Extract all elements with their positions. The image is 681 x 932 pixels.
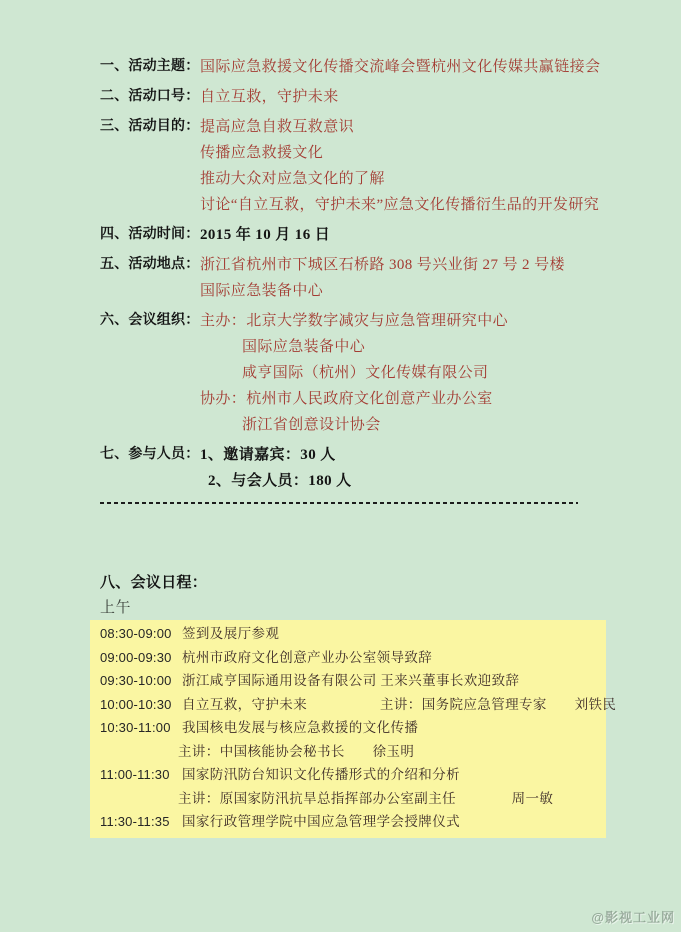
section-label: 二、活动口号： <box>100 84 200 110</box>
section-content: 国际应急救援文化传播交流峰会暨杭州文化传媒共赢链接会 <box>200 54 600 80</box>
location-line: 国际应急装备中心 <box>200 278 323 304</box>
section-label: 六、会议组织： <box>100 308 200 334</box>
activity-cell: 我国核电发展与核应急救援的文化传播 <box>182 716 418 740</box>
agenda-row: 11:00-11:30 国家防汛防台知识文化传播形式的介绍和分析 <box>90 763 606 787</box>
co-host-label: 协办： <box>200 386 246 412</box>
agenda-table: 08:30-09:00 签到及展厅参观 09:00-09:30 杭州市政府文化创… <box>90 620 606 838</box>
host-label: 主办： <box>200 308 246 334</box>
goal-line: 推动大众对应急文化的了解 <box>200 166 385 192</box>
speaker-cell: 主讲：国务院应急管理专家 刘铁民 <box>380 693 616 717</box>
section-label: 一、活动主题： <box>100 54 200 80</box>
speaker-cell: 主讲：原国家防汛抗旱总指挥部办公室副主任 周一敏 <box>178 787 553 811</box>
section-participants: 七、参与人员： 1、邀请嘉宾：30 人 2、与会人员：180 人 <box>100 442 605 494</box>
agenda-section: 八、会议日程： 上午 08:30-09:00 签到及展厅参观 09:00-09:… <box>90 570 606 838</box>
goal-line: 传播应急救援文化 <box>200 140 323 166</box>
site-watermark: @影视工业网 <box>591 907 675 926</box>
agenda-row: 09:00-09:30 杭州市政府文化创意产业办公室领导致辞 <box>90 646 606 670</box>
section-label: 七、参与人员： <box>100 442 200 468</box>
agenda-row: 08:30-09:00 签到及展厅参观 <box>90 622 606 646</box>
host-line: 北京大学数字减灾与应急管理研究中心 <box>246 308 508 334</box>
time-cell: 10:00-10:30 <box>100 693 172 717</box>
section-theme: 一、活动主题： 国际应急救援文化传播交流峰会暨杭州文化传媒共赢链接会 <box>100 54 605 80</box>
section-label: 五、活动地点： <box>100 252 200 278</box>
agenda-row: 10:00-10:30 自立互救，守护未来 主讲：国务院应急管理专家 刘铁民 <box>90 693 606 717</box>
participant-line: 2、与会人员：180 人 <box>208 468 352 494</box>
dashed-divider <box>100 502 578 504</box>
agenda-row-continuation: 主讲：原国家防汛抗旱总指挥部办公室副主任 周一敏 <box>90 787 606 811</box>
section-label: 四、活动时间： <box>100 222 200 248</box>
speaker-cell: 主讲：中国核能协会秘书长 徐玉明 <box>178 740 414 764</box>
event-plan-document: 一、活动主题： 国际应急救援文化传播交流峰会暨杭州文化传媒共赢链接会 二、活动口… <box>0 0 681 932</box>
time-cell: 11:30-11:35 <box>100 810 170 834</box>
section-organizers: 六、会议组织： 主办： 北京大学数字减灾与应急管理研究中心 国际应急装备中心 咸… <box>100 308 605 438</box>
document-body: 一、活动主题： 国际应急救援文化传播交流峰会暨杭州文化传媒共赢链接会 二、活动口… <box>100 54 605 504</box>
section-content: 自立互救，守护未来 <box>200 84 339 110</box>
activity-cell: 国家防汛防台知识文化传播形式的介绍和分析 <box>182 763 460 787</box>
goal-line: 提高应急自救互救意识 <box>200 114 354 140</box>
activity-cell: 国家行政管理学院中国应急管理学会授牌仪式 <box>182 810 460 834</box>
section-label: 三、活动目的： <box>100 114 200 140</box>
co-host-line: 杭州市人民政府文化创意产业办公室 <box>246 386 492 412</box>
time-cell: 10:30-11:00 <box>100 716 171 740</box>
agenda-session-morning: 上午 <box>90 596 606 620</box>
section-goals: 三、活动目的： 提高应急自救互救意识 传播应急救援文化 推动大众对应急文化的了解… <box>100 114 605 218</box>
section-slogan: 二、活动口号： 自立互救，守护未来 <box>100 84 605 110</box>
time-cell: 08:30-09:00 <box>100 622 172 646</box>
agenda-row: 09:30-10:00 浙江咸亨国际通用设备有限公司 王来兴董事长欢迎致辞 <box>90 669 606 693</box>
time-cell: 09:30-10:00 <box>100 669 172 693</box>
activity-cell: 签到及展厅参观 <box>182 622 279 646</box>
agenda-row: 10:30-11:00 我国核电发展与核应急救援的文化传播 <box>90 716 606 740</box>
agenda-row-continuation: 主讲：中国核能协会秘书长 徐玉明 <box>90 740 606 764</box>
host-line: 国际应急装备中心 <box>242 334 365 360</box>
activity-cell: 杭州市政府文化创意产业办公室领导致辞 <box>182 646 432 670</box>
co-host-line: 浙江省创意设计协会 <box>242 412 381 438</box>
participant-line: 1、邀请嘉宾：30 人 <box>200 442 336 468</box>
section-location: 五、活动地点： 浙江省杭州市下城区石桥路 308 号兴业街 27 号 2 号楼 … <box>100 252 605 304</box>
section-date: 四、活动时间： 2015 年 10 月 16 日 <box>100 222 605 248</box>
agenda-row: 11:30-11:35 国家行政管理学院中国应急管理学会授牌仪式 <box>90 810 606 834</box>
location-line: 浙江省杭州市下城区石桥路 308 号兴业街 27 号 2 号楼 <box>200 252 565 278</box>
agenda-title: 八、会议日程： <box>90 570 606 596</box>
activity-cell: 自立互救，守护未来 <box>182 693 307 717</box>
goal-line: 讨论“自立互救，守护未来”应急文化传播衍生品的开发研究 <box>200 192 599 218</box>
time-cell: 11:00-11:30 <box>100 763 170 787</box>
activity-cell: 浙江咸亨国际通用设备有限公司 王来兴董事长欢迎致辞 <box>182 669 519 693</box>
host-line: 咸亨国际（杭州）文化传媒有限公司 <box>242 360 488 386</box>
section-content: 2015 年 10 月 16 日 <box>200 222 330 248</box>
time-cell: 09:00-09:30 <box>100 646 172 670</box>
